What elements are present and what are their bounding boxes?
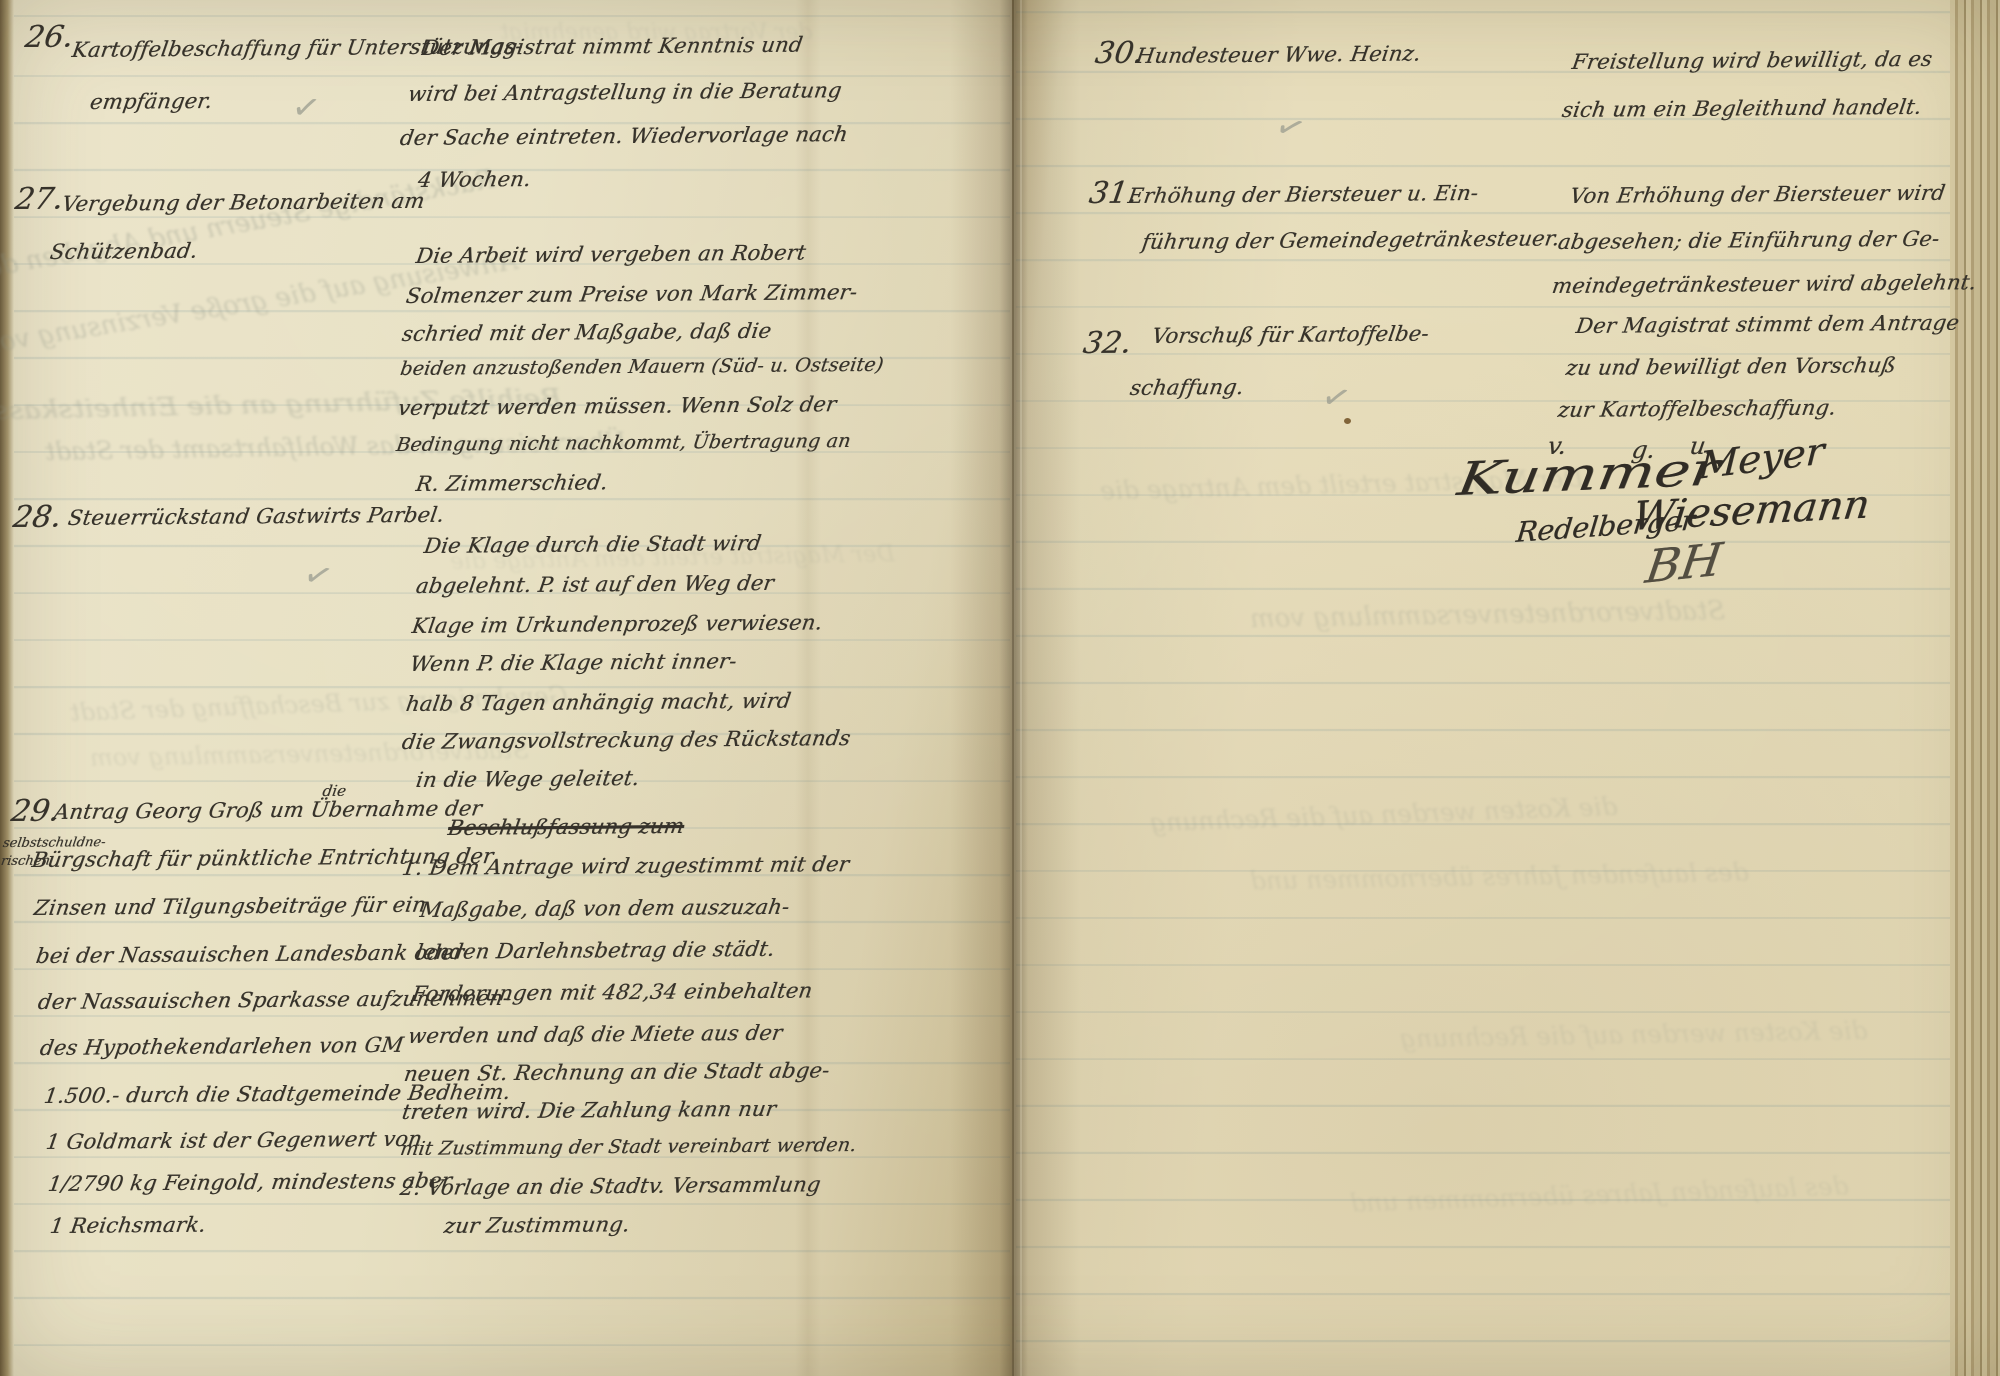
entry-number: 27. <box>13 182 66 217</box>
entry-subject-line: des Hypothekendarlehen von GM <box>38 1033 405 1060</box>
entry-decision-line: meindegetränkesteuer wird abgelehnt. <box>1550 270 1978 298</box>
entry-decision-line: neuen St. Rechnung an die Stadt abge- <box>402 1058 831 1086</box>
entry-subject-line: Antrag Georg Groß um Übernahme der <box>52 796 483 824</box>
entry-decision-line: Forderungen mit 482,34 einbehalten <box>410 979 814 1006</box>
entry-decision-line: schried mit der Maßgabe, daß die <box>400 319 773 346</box>
entry-decision-line: treten wird. Die Zahlung kann nur <box>400 1097 777 1124</box>
entry-decision-line: 2. Vorlage an die Stadtv. Versammlung <box>398 1172 822 1200</box>
entry-subject-line: Zinsen und Tilgungsbeiträge für ein <box>32 893 427 920</box>
entry-decision-line: zu und bewilligt den Vorschuß <box>1564 353 1897 380</box>
signature-paraph: BH <box>1642 532 1725 593</box>
entry-decision-line: Der Magistrat nimmt Kenntnis und <box>420 33 804 60</box>
entry-decision-line: Solmenzer zum Preise von Mark Zimmer- <box>404 280 859 308</box>
entry-decision-line: 4 Wochen. <box>416 167 532 192</box>
entry-decision-line: mit Zustimmung der Stadt vereinbart werd… <box>399 1134 858 1160</box>
entry-decision-line: Die Klage durch die Stadt wird <box>422 531 762 558</box>
entry-decision-line: Bedingung nicht nachkommt, Übertragung a… <box>395 430 853 456</box>
entry-subject-line: Vorschuß für Kartoffelbe- <box>1150 322 1430 348</box>
entry-decision-line: R. Zimmerschied. <box>414 470 609 496</box>
gutter-crease-dark <box>1012 0 1014 1376</box>
entry-decision-line: Von Erhöhung der Biersteuer wird <box>1568 181 1947 208</box>
page-stack-edge-right <box>1950 0 2000 1376</box>
entry-decision-line: wird bei Antragstellung in die Beratung <box>406 78 843 106</box>
entry-subject-line: führung der Gemeindegetränkesteuer. <box>1140 226 1561 254</box>
entry-subject-line: empfänger. <box>88 89 214 114</box>
entry-decision-line: abgelehnt. P. ist auf den Weg der <box>414 571 775 598</box>
book-edge-left <box>0 0 14 1376</box>
entry-decision-line: Freistellung wird bewilligt, da es <box>1570 47 1934 74</box>
entry-subject-line: schaffung. <box>1128 375 1245 400</box>
entry-decision-line: halb 8 Tagen anhängig macht, wird <box>404 689 792 716</box>
entry-subject-line: Schützenbad. <box>48 239 199 264</box>
entry-decision-struck-heading: Beschlußfassung zum <box>446 814 685 840</box>
entry-subject-line: Erhöhung der Biersteuer u. Ein- <box>1126 181 1480 208</box>
entry-decision-line: Der Magistrat stimmt dem Antrage <box>1574 311 1960 338</box>
entry-decision-line: in die Wege geleitet. <box>414 766 641 792</box>
entry-decision-line: der Sache eintreten. Wiedervorlage nach <box>398 122 849 150</box>
entry-number: 32. <box>1081 326 1134 361</box>
entry-decision-line: Die Arbeit wird vergeben an Robert <box>414 241 807 268</box>
entry-subject-line: 1 Goldmark ist der Gegenwert von <box>44 1127 423 1154</box>
entry-decision-line: die Zwangsvollstreckung des Rückstands <box>400 726 852 754</box>
ledger-scan: Rückständige Steuern und Abgaben der Anw… <box>0 0 2000 1376</box>
ink-speck <box>1344 418 1351 424</box>
entry-number: 28. <box>11 500 64 535</box>
entry-decision-line: 1. Dem Antrage wird zugestimmt mit der <box>400 852 850 880</box>
entry-decision-line: Wenn P. die Klage nicht inner- <box>408 649 738 676</box>
entry-decision-line: sich um ein Begleithund handelt. <box>1560 95 1923 122</box>
entry-decision-line: Maßgabe, daß von dem auszuzah- <box>418 895 791 922</box>
entry-decision-line: verputzt werden müssen. Wenn Solz der <box>396 392 838 420</box>
entry-decision-line: lenden Darlehnsbetrag die städt. <box>414 937 776 964</box>
entry-decision-line: zur Zustimmung. <box>442 1212 631 1238</box>
entry-decision-line: zur Kartoffelbeschaffung. <box>1556 396 1837 422</box>
entry-subject-line: Vergebung der Betonarbeiten am <box>60 189 426 216</box>
entry-subject-line: bei der Nassauischen Landesbank oder <box>34 940 465 968</box>
entry-decision-line: abgesehen; die Einführung der Ge- <box>1556 227 1941 254</box>
gutter-crease-light <box>1020 0 1022 1376</box>
entry-number: 26. <box>23 20 76 55</box>
entry-decision-line: Klage im Urkundenprozeß verwiesen. <box>410 610 824 638</box>
entry-subject-line: 1 Reichsmark. <box>48 1213 207 1238</box>
entry-subject-line: Hundesteuer Wwe. Heinz. <box>1134 42 1422 68</box>
entry-subject-line: 1/2790 kg Feingold, mindestens aber <box>46 1168 453 1196</box>
entry-decision-line: beiden anzustoßenden Mauern (Süd- u. Ost… <box>399 354 885 380</box>
entry-decision-line: werden und daß die Miete aus der <box>406 1021 784 1048</box>
entry-subject-line: Steuerrückstand Gastwirts Parbel. <box>66 503 446 530</box>
